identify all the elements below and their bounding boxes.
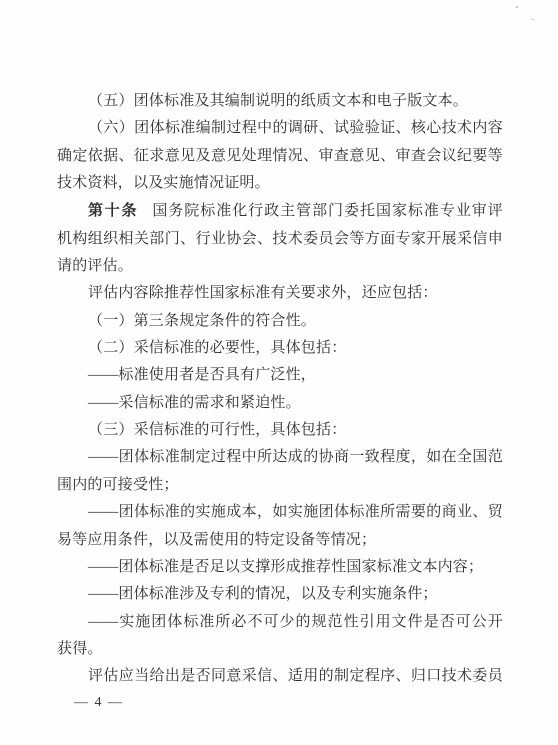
- text-line: 获得。: [57, 636, 503, 663]
- text-line: 确定依据、征求意见及意见处理情况、审查意见、审查会议纪要等: [57, 143, 503, 170]
- scan-artifact-dot: [516, 6, 518, 8]
- scan-artifact-dot: [531, 19, 535, 20]
- text-line: （一）第三条规定条件的符合性。: [57, 308, 503, 335]
- text-line: 易等应用条件，以及需使用的特定设备等情况；: [57, 527, 503, 554]
- text-line: ——团体标准涉及专利的情况，以及专利实施条件；: [57, 581, 503, 608]
- document-page: （五）团体标准及其编制说明的纸质文本和电子版文本。 （六）团体标准编制过程中的调…: [0, 0, 558, 745]
- text-line: （二）采信标准的必要性，具体包括：: [57, 335, 503, 362]
- document-text-block: （五）团体标准及其编制说明的纸质文本和电子版文本。 （六）团体标准编制过程中的调…: [57, 88, 503, 691]
- text-line: （六）团体标准编制过程中的调研、试验验证、核心技术内容: [57, 115, 503, 142]
- text-line: ——团体标准是否足以支撑形成推荐性国家标准文本内容；: [57, 554, 503, 581]
- article-number-label: 第十条: [88, 202, 138, 219]
- text-line-article-10: 第十条国务院标准化行政主管部门委托国家标准专业审评: [57, 197, 503, 225]
- article-text: 国务院标准化行政主管部门委托国家标准专业审评: [152, 203, 503, 219]
- text-line: （五）团体标准及其编制说明的纸质文本和电子版文本。: [57, 88, 503, 115]
- text-line: ——团体标准的实施成本，如实施团体标准所需要的商业、贸: [57, 499, 503, 526]
- text-line: 评估内容除推荐性国家标准有关要求外，还应包括：: [57, 280, 503, 307]
- text-line: 技术资料，以及实施情况证明。: [57, 170, 503, 197]
- text-line: ——实施团体标准所必不可少的规范性引用文件是否可公开: [57, 609, 503, 636]
- text-line: 机构组织相关部门、行业协会、技术委员会等方面专家开展采信申: [57, 226, 503, 253]
- text-line: 请的评估。: [57, 253, 503, 280]
- text-line: ——标准使用者是否具有广泛性，: [57, 362, 503, 389]
- page-number: — 4 —: [74, 695, 124, 711]
- text-line: ——采信标准的需求和紧迫性。: [57, 390, 503, 417]
- text-line: 围内的可接受性；: [57, 472, 503, 499]
- text-line: 评估应当给出是否同意采信、适用的制定程序、归口技术委员: [57, 663, 503, 690]
- text-line: （三）采信标准的可行性，具体包括：: [57, 417, 503, 444]
- text-line: ——团体标准制定过程中所达成的协商一致程度，如在全国范: [57, 444, 503, 471]
